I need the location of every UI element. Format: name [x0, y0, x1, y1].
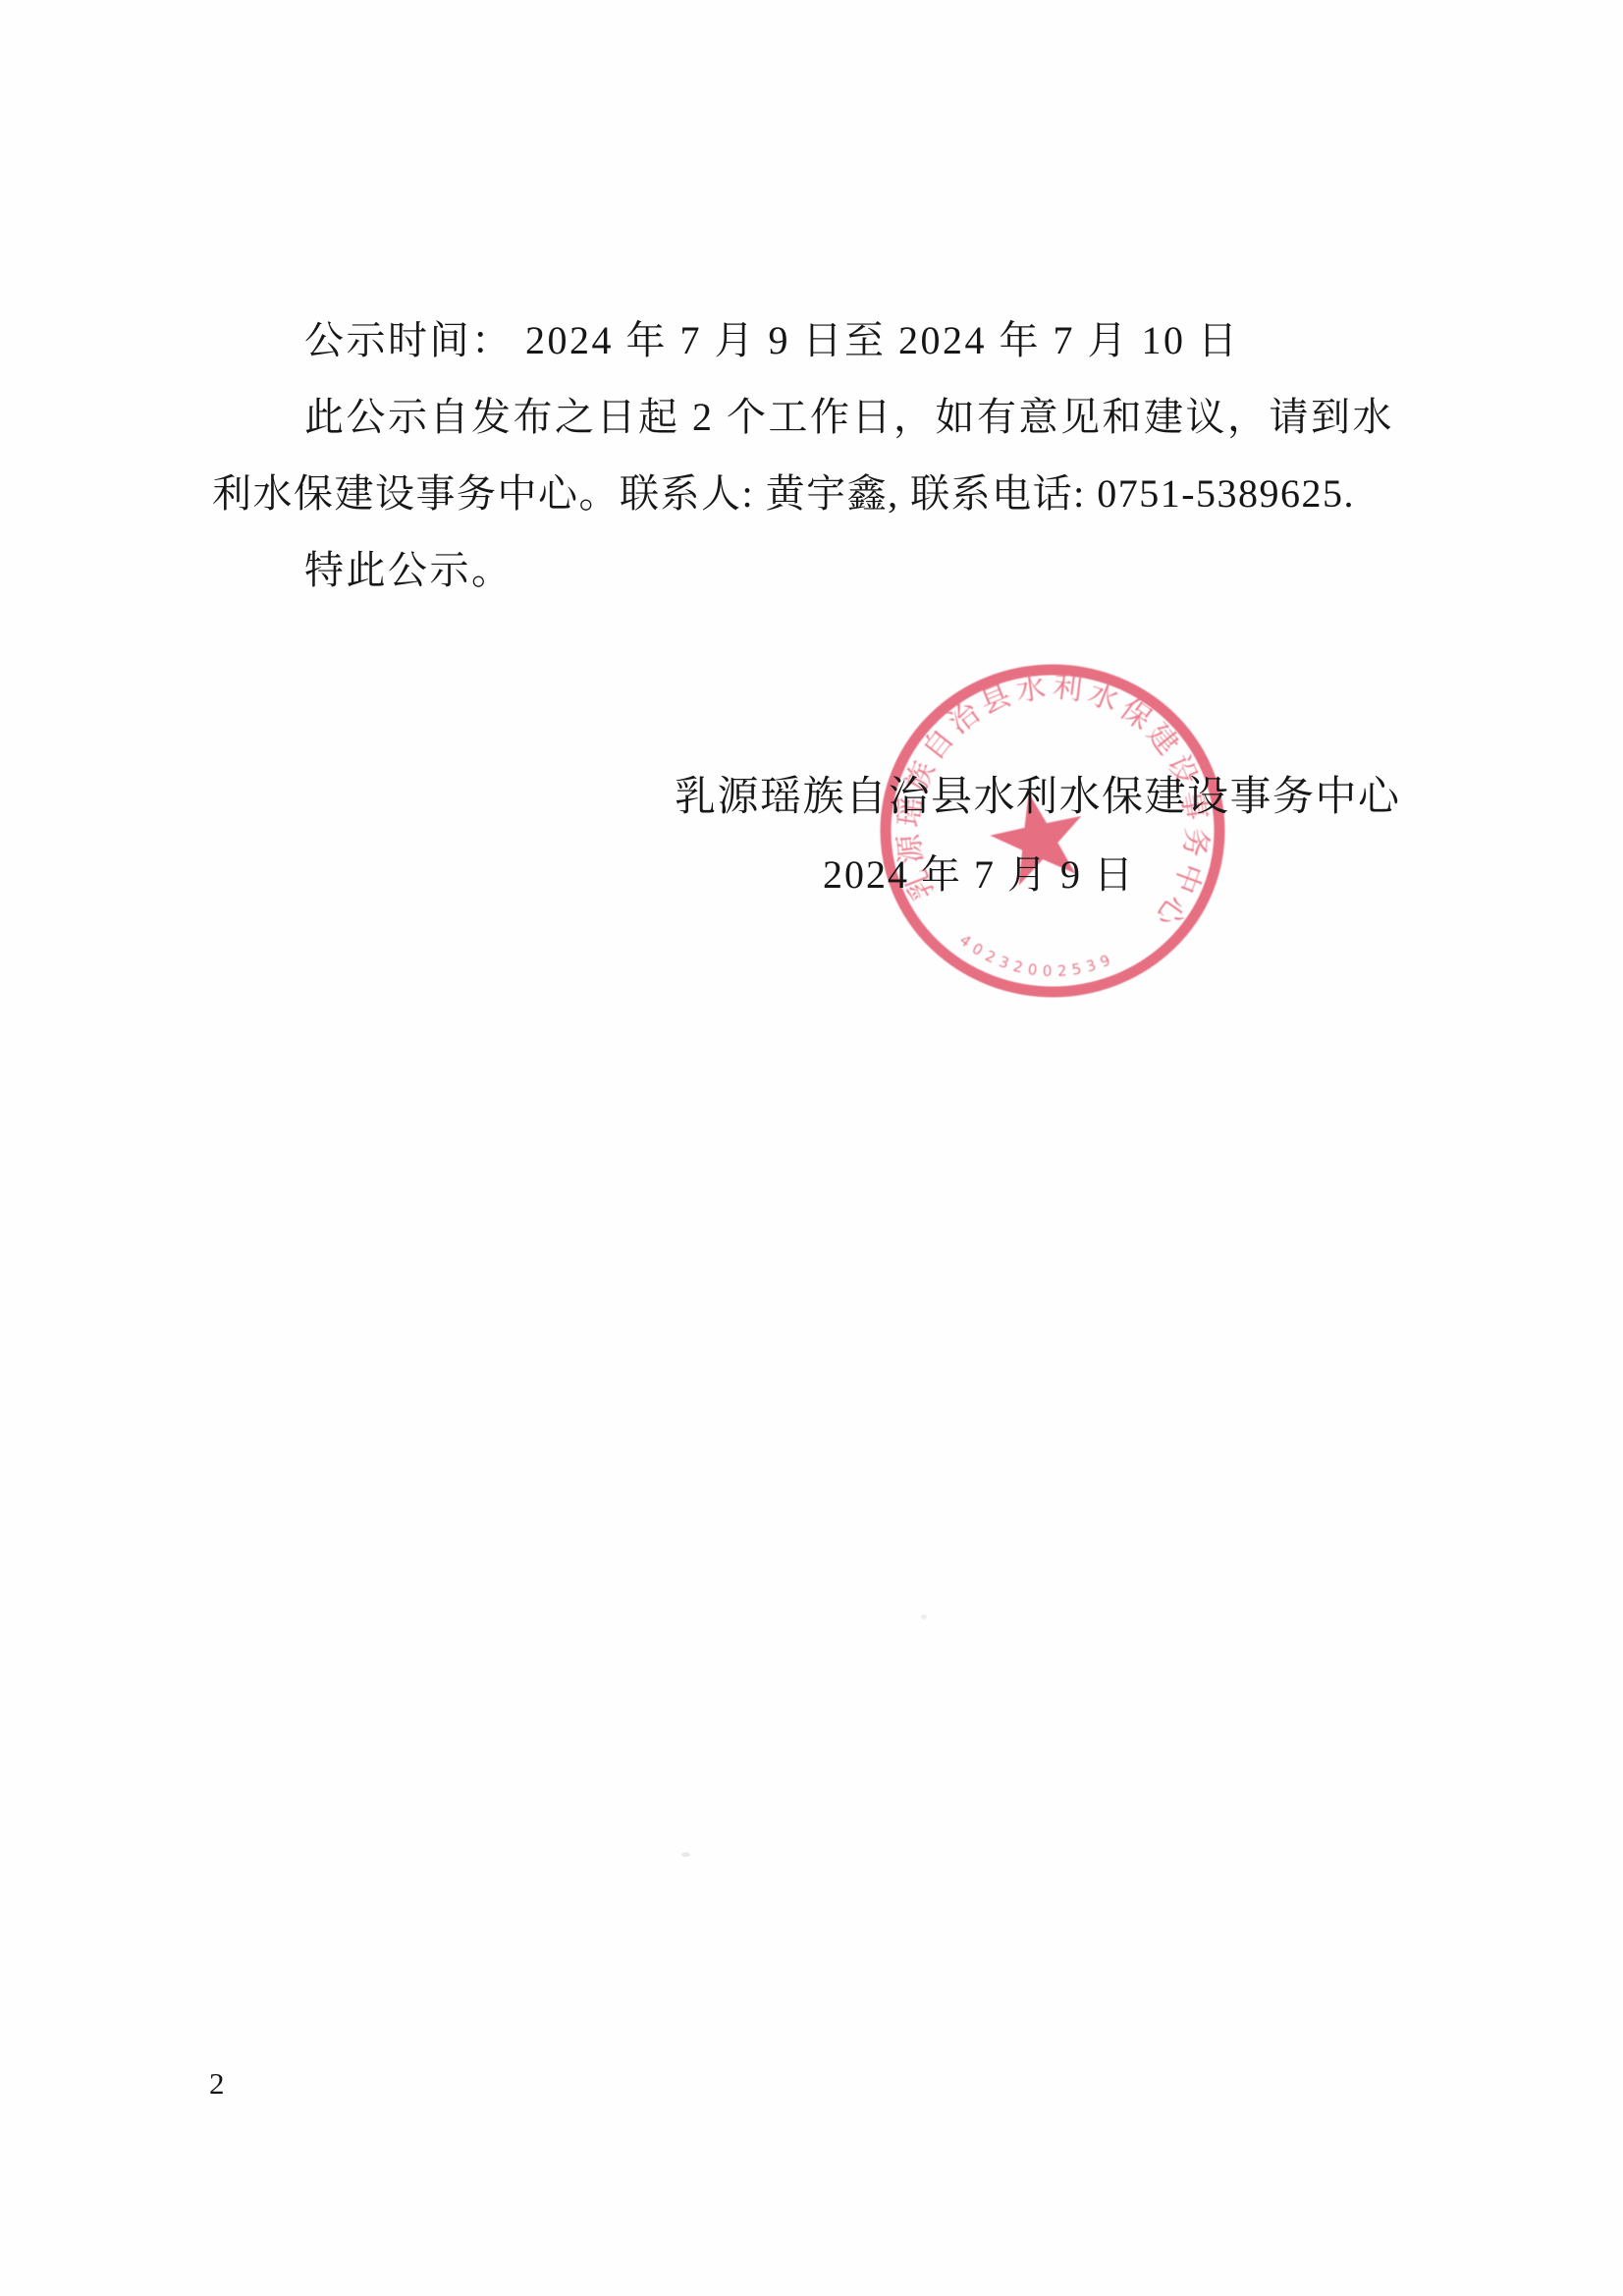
body-line-hereby-announced: 特此公示。 [304, 551, 514, 590]
signature-date: 2024 年 7 月 9 日 [823, 855, 1135, 895]
page-number: 2 [209, 2068, 225, 2099]
document-page: 公示时间： 2024 年 7 月 9 日至 2024 年 7 月 10 日 此公… [0, 0, 1623, 2296]
scan-speck [921, 1614, 927, 1619]
body-line-contact-info: 利水保建设事务中心。联系人: 黄宇鑫, 联系电话: 0751-5389625. [212, 474, 1355, 514]
official-seal: 乳源瑶族自治县水利水保建设事务中心 4402320025394 [876, 654, 1229, 1008]
signature-organization: 乳源瑶族自治县水利水保建设事务中心 [675, 777, 1401, 818]
scan-speck [681, 1852, 690, 1857]
body-line-publicity-period: 公示时间： 2024 年 7 月 9 日至 2024 年 7 月 10 日 [304, 321, 1240, 360]
body-line-notice-start: 此公示自发布之日起 2 个工作日，如有意见和建议，请到水 [304, 398, 1394, 437]
